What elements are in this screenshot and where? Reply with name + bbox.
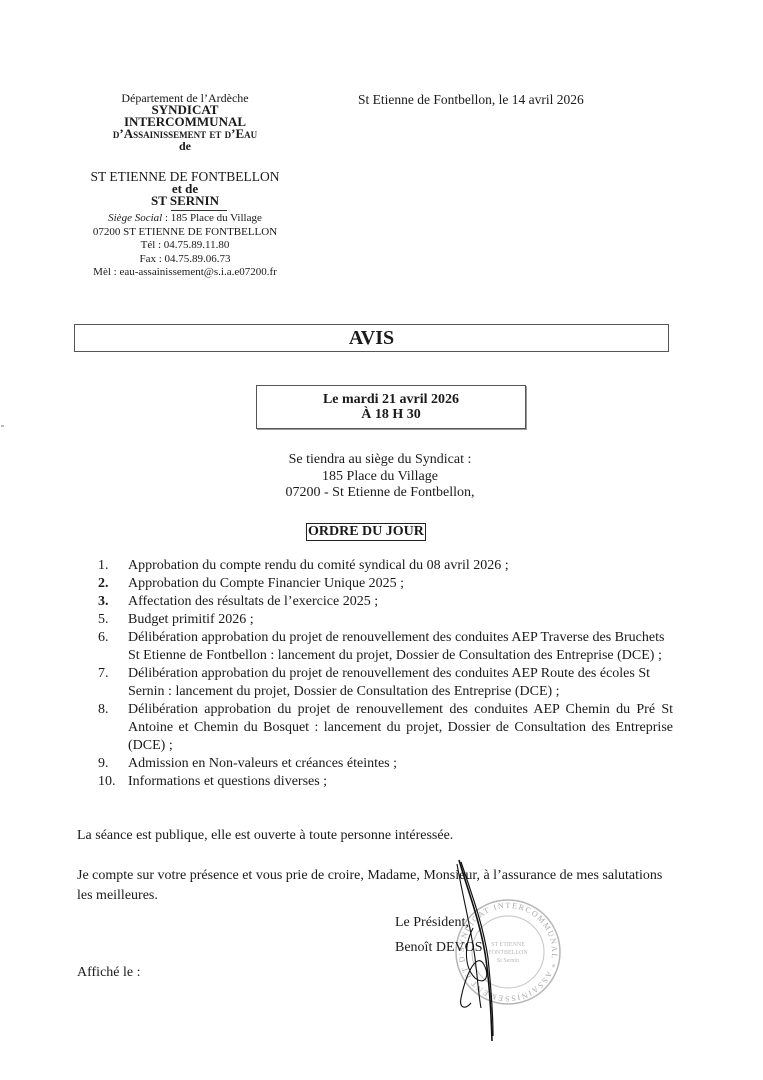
closing-paragraph: Je compte sur votre présence et vous pri…: [77, 866, 677, 906]
agenda-item-text: Admission en Non-valeurs et créances éte…: [128, 755, 673, 773]
agenda-item-text: Affectation des résultats de l’exercice …: [128, 593, 673, 611]
org-line-4: de: [70, 140, 300, 152]
address: 07200 ST ETIENNE DE FONTBELLON: [70, 226, 300, 240]
public-notice: La séance est publique, elle est ouverte…: [77, 828, 453, 844]
siege-social: Siège Social : 185 Place du Village: [70, 212, 300, 226]
agenda-item: 6.Délibération approbation du projet de …: [98, 629, 673, 665]
letterhead: Département de l’Ardèche SYNDICAT INTERC…: [70, 92, 300, 280]
scan-speck: [1, 425, 4, 427]
agenda-item: 7.Délibération approbation du projet de …: [98, 665, 673, 701]
agenda-item: 10.Informations et questions diverses ;: [98, 773, 673, 791]
agenda-item: 1.Approbation du compte rendu du comité …: [98, 557, 673, 575]
fax: Fax : 04.75.89.06.73: [70, 253, 300, 267]
place-date: St Etienne de Fontbellon, le 14 avril 20…: [358, 92, 584, 108]
meeting-location: Se tiendra au siège du Syndicat : 185 Pl…: [230, 452, 530, 502]
agenda-item-number: 2.: [98, 575, 128, 593]
agenda-item-text: Informations et questions diverses ;: [128, 773, 673, 791]
agenda-item-text: Budget primitif 2026 ;: [128, 611, 673, 629]
email: Mèl : eau-assainissement@s.i.a.e07200.fr: [70, 266, 300, 280]
agenda-item-number: 7.: [98, 665, 128, 701]
agenda-item: 2.Approbation du Compte Financier Unique…: [98, 575, 673, 593]
agenda-item-number: 10.: [98, 773, 128, 791]
agenda-item-text: Approbation du compte rendu du comité sy…: [128, 557, 673, 575]
agenda-item-number: 8.: [98, 701, 128, 755]
meeting-date: Le mardi 21 avril 2026: [257, 392, 525, 407]
agenda-item-text: Approbation du Compte Financier Unique 2…: [128, 575, 673, 593]
agenda-item: 3.Affectation des résultats de l’exercic…: [98, 593, 673, 611]
agenda-item-text: Délibération approbation du projet de re…: [128, 629, 673, 665]
siege-value: : 185 Place du Village: [162, 212, 262, 224]
divider: [171, 210, 227, 211]
town-2: ST SERNIN: [70, 195, 300, 207]
agenda-item: 5.Budget primitif 2026 ;: [98, 611, 673, 629]
agenda-item-text: Délibération approbation du projet de re…: [128, 665, 673, 701]
agenda-title: ORDRE DU JOUR: [306, 523, 426, 541]
phone: Tél : 04.75.89.11.80: [70, 239, 300, 253]
agenda-item-number: 5.: [98, 611, 128, 629]
agenda-item-number: 3.: [98, 593, 128, 611]
notice-title-box: AVIS: [74, 324, 669, 352]
posted-label: Affiché le :: [77, 965, 141, 981]
notice-title: AVIS: [349, 327, 394, 349]
location-line-2: 185 Place du Village: [230, 469, 530, 486]
meeting-time: À 18 H 30: [257, 407, 525, 422]
siege-label: Siège Social: [108, 212, 162, 224]
agenda-item: 8.Délibération approbation du projet de …: [98, 701, 673, 755]
agenda-item-number: 9.: [98, 755, 128, 773]
location-line-1: Se tiendra au siège du Syndicat :: [230, 452, 530, 469]
agenda-item-number: 1.: [98, 557, 128, 575]
agenda-list: 1.Approbation du compte rendu du comité …: [98, 557, 673, 791]
handwritten-signature-icon: [455, 858, 515, 1043]
agenda-item: 9.Admission en Non-valeurs et créances é…: [98, 755, 673, 773]
agenda-item-text: Délibération approbation du projet de re…: [128, 701, 673, 755]
agenda-item-number: 6.: [98, 629, 128, 665]
location-line-3: 07200 - St Etienne de Fontbellon,: [230, 485, 530, 502]
meeting-datetime-box: Le mardi 21 avril 2026 À 18 H 30: [256, 385, 526, 429]
